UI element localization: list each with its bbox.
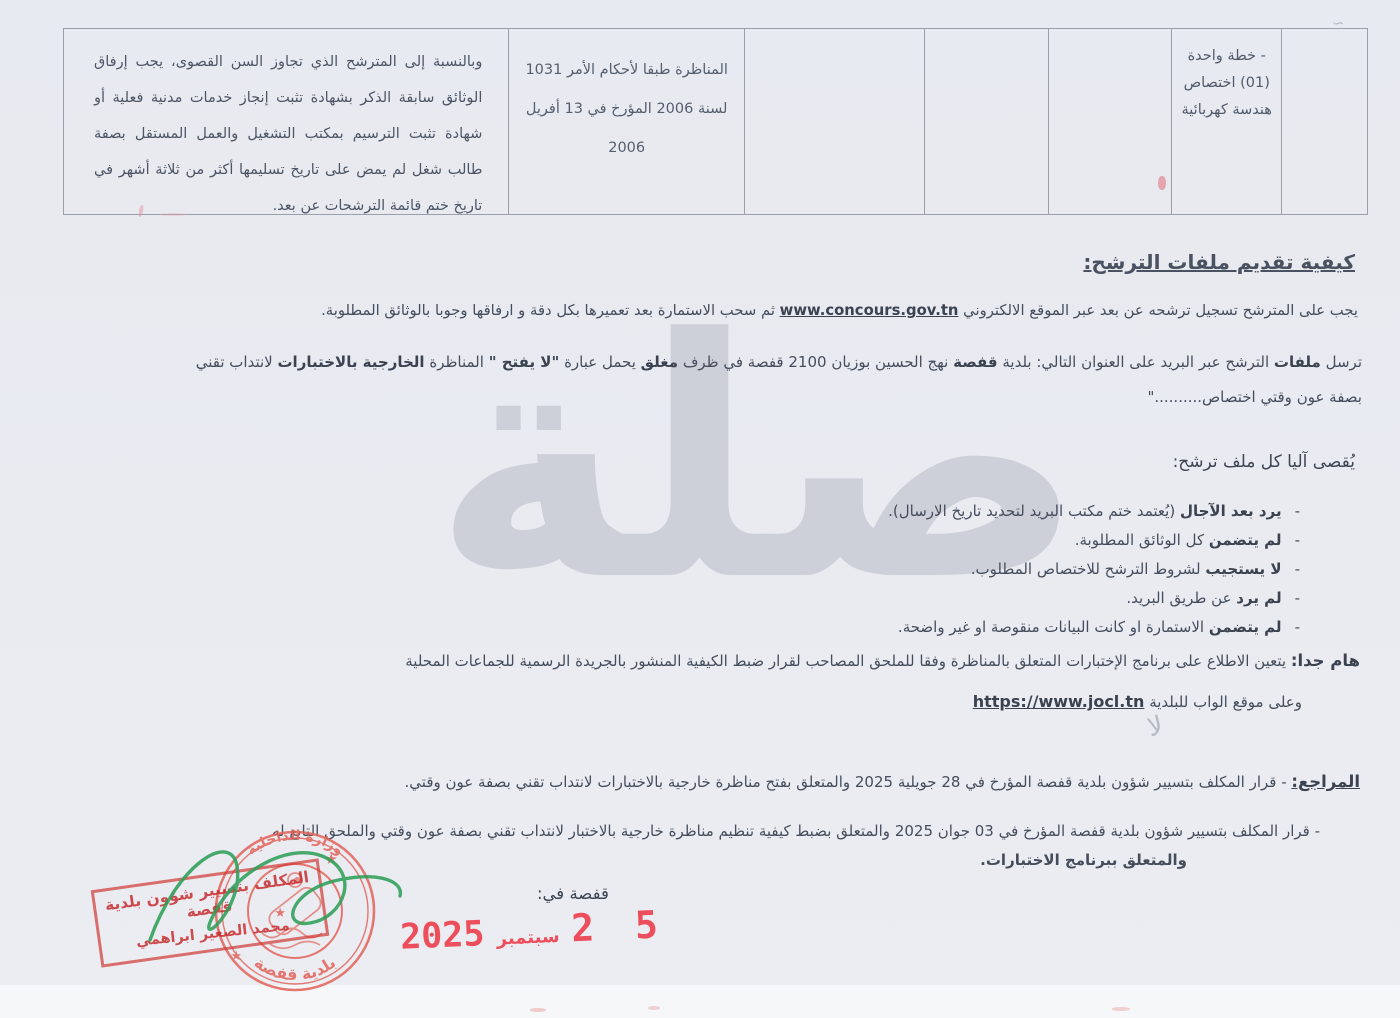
list-item: - لم يرد عن طريق البريد. [888, 584, 1300, 613]
mailing-seg: ترسل [1321, 353, 1362, 371]
paragraph-mailing-line1: ترسل ملفات الترشح عبر البريد على العنوان… [196, 353, 1362, 371]
bleed-mark [530, 1008, 546, 1012]
table-cell-decree: المناظرة طبقا لأحكام الأمر 1031 لسنة 200… [509, 29, 745, 214]
paragraph-online-registration: يجب على المترشح تسجيل ترشحه عن بعد عبر ا… [321, 302, 1358, 319]
references-line1: المراجع: - قرار المكلف بتسيير شؤون بلدية… [405, 772, 1360, 791]
reference-2-line2: والمتعلق ببرنامج الاختبارات. [980, 851, 1187, 869]
table-cell-empty-4 [1282, 29, 1367, 214]
handwritten-signature [138, 822, 438, 967]
mailing-seg-bold: ملفات [1274, 353, 1321, 371]
rejection-bold: يرد بعد الآجال [1180, 502, 1282, 520]
registration-text-before: يجب على المترشح تسجيل ترشحه عن بعد عبر ا… [958, 302, 1358, 319]
rejection-item-text: لم يتضمن الاستمارة او كانت البيانات منقو… [898, 613, 1282, 642]
rejection-rest: الاستمارة او كانت البيانات منقوصة او غير… [898, 618, 1209, 636]
scanned-document-page: صلة وبالنسبة إلى المترشح الذي تجاوز السن… [0, 0, 1400, 1018]
references-label: المراجع: [1291, 772, 1360, 791]
concours-url: www.concours.gov.tn [780, 302, 959, 319]
rejection-item-text: لم يتضمن كل الوثائق المطلوبة. [1075, 526, 1282, 555]
ink-speck [160, 213, 186, 216]
rejection-item-text: لا يستجيب لشروط الترشح للاختصاص المطلوب. [971, 555, 1282, 584]
table-cell-conditions: وبالنسبة إلى المترشح الذي تجاوز السن الق… [64, 29, 509, 214]
rejection-bold: لم يتضمن [1209, 531, 1282, 549]
rejection-rest: (يُعتمد ختم مكتب البريد لتحديد تاريخ الا… [888, 502, 1180, 520]
jocl-url: https://www.jocl.tn [973, 692, 1145, 711]
important-label: هام جدا: [1291, 651, 1360, 670]
section-title-submission: كيفية تقديم ملفات الترشح: [1083, 250, 1355, 274]
dash-marker: - [1295, 613, 1300, 642]
place-date-label: قفصة في: [537, 884, 609, 903]
mailing-seg: يحمل عبارة [559, 353, 640, 371]
website-label: وعلى موقع الواب للبلدية [1149, 693, 1302, 711]
pen-mark: لا [1145, 711, 1167, 744]
registration-text-after: ثم سحب الاستمارة بعد تعميرها بكل دقة و ا… [321, 302, 780, 319]
mailing-seg-bold: قفصة [953, 353, 998, 371]
dash-marker: - [1295, 584, 1300, 613]
pen-tick: ∼ [1332, 14, 1345, 32]
list-item: - لا يستجيب لشروط الترشح للاختصاص المطلو… [888, 555, 1300, 584]
requirements-table: وبالنسبة إلى المترشح الذي تجاوز السن الق… [63, 28, 1368, 215]
rejection-list: - يرد بعد الآجال (يُعتمد ختم مكتب البريد… [888, 497, 1300, 642]
dash-marker: - [1295, 497, 1300, 526]
important-text: يتعين الاطلاع على برنامج الإختبارات المت… [405, 652, 1291, 670]
list-item: - لم يتضمن الاستمارة او كانت البيانات من… [888, 613, 1300, 642]
ink-speck [1158, 176, 1166, 190]
rejection-item-text: لم يرد عن طريق البريد. [1126, 584, 1281, 613]
important-note-line1: هام جدا: يتعين الاطلاع على برنامج الإختب… [405, 651, 1360, 670]
reference-1-text: - قرار المكلف بتسيير شؤون بلدية قفصة الم… [405, 773, 1292, 791]
mailing-seg: نهج الحسين بوزيان 2100 قفصة في ظرف [678, 353, 953, 371]
table-cell-empty-2 [925, 29, 1049, 214]
list-item: - يرد بعد الآجال (يُعتمد ختم مكتب البريد… [888, 497, 1300, 526]
dash-marker: - [1295, 526, 1300, 555]
rejection-rest: عن طريق البريد. [1126, 589, 1236, 607]
rejection-item-text: يرد بعد الآجال (يُعتمد ختم مكتب البريد ل… [888, 497, 1281, 526]
rejection-bold: لم يرد [1236, 589, 1281, 607]
date-stamp: 2025 سبتمبر 2 5 [399, 902, 668, 958]
paragraph-mailing-line2: بصفة عون وقتي اختصاص.........." [1147, 388, 1362, 406]
mailing-seg: الترشح عبر البريد على العنوان التالي: بل… [998, 353, 1274, 371]
list-item: - لم يتضمن كل الوثائق المطلوبة. [888, 526, 1300, 555]
table-cell-position: - خطة واحدة (01) اختصاص هندسة كهربائية [1172, 29, 1282, 214]
mailing-seg: المناظرة [425, 353, 489, 371]
mailing-seg: لانتداب تقني [196, 353, 278, 371]
rejection-rest: لشروط الترشح للاختصاص المطلوب. [971, 560, 1206, 578]
bleed-mark [1112, 1007, 1130, 1011]
rejection-rest: كل الوثائق المطلوبة. [1075, 531, 1209, 549]
mailing-seg-bold: مغلق [641, 353, 678, 371]
date-stamp-month: سبتمبر [496, 926, 560, 950]
table-cell-empty-3 [1049, 29, 1173, 214]
mailing-seg-bold: "لا يفتح " [489, 353, 560, 371]
rejection-bold: لم يتضمن [1209, 618, 1282, 636]
important-note-line2: وعلى موقع الواب للبلدية https://www.jocl… [973, 692, 1302, 711]
date-stamp-day: 2 5 [570, 902, 667, 950]
bleed-mark [648, 1006, 660, 1010]
rejection-bold: لا يستجيب [1205, 560, 1281, 578]
mailing-seg-bold: الخارجية بالاختبارات [277, 353, 424, 371]
section-title-rejection: يُقصى آليا كل ملف ترشح: [1173, 452, 1355, 472]
table-cell-empty-1 [745, 29, 925, 214]
dash-marker: - [1295, 555, 1300, 584]
